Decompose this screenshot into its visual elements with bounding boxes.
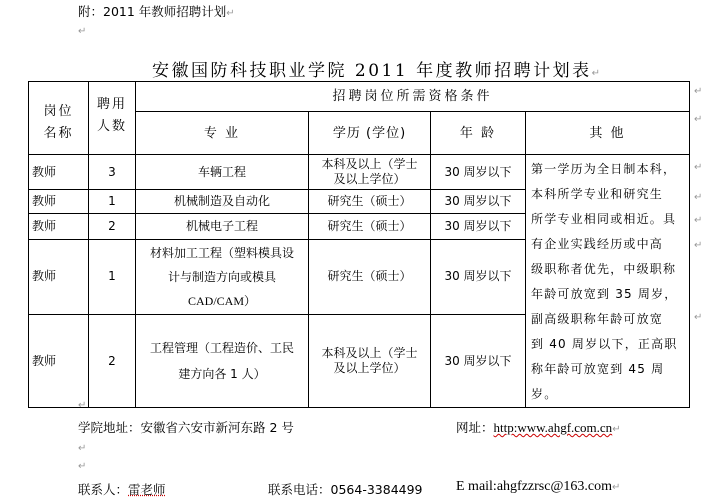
attachment-text: 附：2011 年教师招聘计划 xyxy=(78,4,226,19)
cell-count: 3 xyxy=(89,155,136,190)
paragraph-mark-icon: ↵ xyxy=(694,86,702,97)
paragraph-mark-icon: ↵ xyxy=(694,192,702,203)
other-line: 级职称者优先，中级职称 xyxy=(531,257,684,282)
paragraph-mark-icon: ↵ xyxy=(694,312,702,323)
cell-education: 研究生（硕士） xyxy=(309,190,431,214)
cell-major: 工程管理（工程造价、工民 建方向各 1 人） xyxy=(136,315,309,408)
major-line1: 材料加工工程（塑料模具设 xyxy=(139,241,305,265)
paragraph-mark-icon: ↵ xyxy=(694,162,702,173)
phone-label: 联系电话： xyxy=(268,482,331,497)
cell-position: 教师 xyxy=(29,239,89,314)
phone-value: 0564-3384499 xyxy=(331,482,423,497)
other-line: 到 40 周岁以下，正高职 xyxy=(531,332,684,357)
header-major: 专 业 xyxy=(136,112,309,155)
other-line: 所学专业相同或相近。具 xyxy=(531,207,684,232)
education-line2: 及以上学位） xyxy=(312,361,427,376)
address-line: 学院地址：安徽省六安市新河东路 2 号 xyxy=(78,418,294,436)
other-line: 有企业实践经历或中高 xyxy=(531,232,684,257)
website-line: 网址：http:www.ahgf.com.cn↵ xyxy=(456,418,621,436)
address-label: 学院地址： xyxy=(78,420,141,435)
other-line: 岁。 xyxy=(531,382,684,407)
header-other: 其 他 xyxy=(526,112,690,155)
other-line: 称年龄可放宽到 45 周 xyxy=(531,357,684,382)
cell-education: 研究生（硕士） xyxy=(309,239,431,314)
attachment-line: 附：2011 年教师招聘计划↵ xyxy=(78,2,235,20)
header-age: 年 龄 xyxy=(431,112,526,155)
cell-count: 2 xyxy=(89,315,136,408)
cell-count: 1 xyxy=(89,239,136,314)
paragraph-mark-icon: ↵ xyxy=(612,424,620,435)
header-count-line2: 人数 xyxy=(92,116,132,138)
page-title: 安徽国防科技职业学院 2011 年度教师招聘计划表↵ xyxy=(152,56,602,81)
major-line1: 工程管理（工程造价、工民 xyxy=(139,335,305,361)
recruitment-plan-table: 岗位 名称 聘用 人数 招聘岗位所需资格条件 专 业 学历 (学位) 年 龄 其… xyxy=(28,81,690,408)
other-line: 副高级职称年龄可放宽 xyxy=(531,307,684,332)
contact-value: 雷老师 xyxy=(128,482,166,497)
header-count: 聘用 人数 xyxy=(89,82,136,155)
cell-age: 30 周岁以下 xyxy=(431,190,526,214)
address-value: 安徽省六安市新河东路 2 号 xyxy=(141,420,294,435)
cell-other-requirements: 第一学历为全日制本科， 本科所学专业和研究生 所学专业相同或相近。具 有企业实践… xyxy=(526,155,690,408)
email-line: E mail:ahgfzzrsc@163.com↵ xyxy=(456,479,620,495)
cell-major: 机械电子工程 xyxy=(136,213,309,239)
paragraph-mark-icon: ↵ xyxy=(78,461,86,472)
header-education: 学历 (学位) xyxy=(309,112,431,155)
contact-label: 联系人： xyxy=(78,482,128,497)
cell-education: 本科及以上（学士 及以上学位） xyxy=(309,315,431,408)
cell-position: 教师 xyxy=(29,155,89,190)
header-position: 岗位 名称 xyxy=(29,82,89,155)
cell-major: 机械制造及自动化 xyxy=(136,190,309,214)
table-row: 教师 3 车辆工程 本科及以上（学士 及以上学位） 30 周岁以下 第一学历为全… xyxy=(29,155,690,190)
major-line2: 计与制造方向或模具 xyxy=(139,265,305,289)
header-position-line2: 名称 xyxy=(32,123,85,145)
contact-line: 联系人：雷老师 xyxy=(78,480,166,498)
paragraph-mark-icon: ↵ xyxy=(226,8,234,19)
paragraph-mark-icon: ↵ xyxy=(592,68,603,79)
cell-age: 30 周岁以下 xyxy=(431,315,526,408)
cell-major: 材料加工工程（塑料模具设 计与制造方向或模具 CAD/CAM） xyxy=(136,239,309,314)
paragraph-mark-icon: ↵ xyxy=(612,482,620,493)
education-line1: 本科及以上（学士 xyxy=(312,157,427,172)
email-link[interactable]: ahgfzzrsc@163.com xyxy=(497,479,612,494)
paragraph-mark-icon: ↵ xyxy=(78,400,86,411)
education-line2: 及以上学位） xyxy=(312,172,427,187)
cell-count: 2 xyxy=(89,213,136,239)
cell-education: 研究生（硕士） xyxy=(309,213,431,239)
cell-count: 1 xyxy=(89,190,136,214)
paragraph-mark-icon: ↵ xyxy=(694,215,702,226)
header-count-line1: 聘用 xyxy=(92,94,132,116)
other-line: 本科所学专业和研究生 xyxy=(531,182,684,207)
paragraph-mark-icon: ↵ xyxy=(694,114,702,125)
website-link[interactable]: http:www.ahgf.com.cn xyxy=(494,420,613,435)
cell-major: 车辆工程 xyxy=(136,155,309,190)
cell-position: 教师 xyxy=(29,213,89,239)
paragraph-mark-icon: ↵ xyxy=(78,26,86,37)
cell-education: 本科及以上（学士 及以上学位） xyxy=(309,155,431,190)
cell-age: 30 周岁以下 xyxy=(431,155,526,190)
website-label: 网址： xyxy=(456,420,494,435)
phone-line: 联系电话：0564-3384499 xyxy=(268,480,423,498)
cell-position: 教师 xyxy=(29,315,89,408)
cell-age: 30 周岁以下 xyxy=(431,239,526,314)
major-line2: 建方向各 1 人） xyxy=(139,361,305,387)
other-line: 第一学历为全日制本科， xyxy=(531,157,684,182)
header-row-1: 岗位 名称 聘用 人数 招聘岗位所需资格条件 xyxy=(29,82,690,112)
cell-age: 30 周岁以下 xyxy=(431,213,526,239)
title-text: 安徽国防科技职业学院 2011 年度教师招聘计划表 xyxy=(152,61,592,81)
other-line: 年龄可放宽到 35 周岁， xyxy=(531,282,684,307)
header-requirements-group: 招聘岗位所需资格条件 xyxy=(136,82,690,112)
paragraph-mark-icon: ↵ xyxy=(78,443,86,454)
paragraph-mark-icon: ↵ xyxy=(694,240,702,251)
education-line1: 本科及以上（学士 xyxy=(312,346,427,361)
major-line3: CAD/CAM） xyxy=(139,289,305,313)
email-label: E mail: xyxy=(456,479,497,494)
header-position-line1: 岗位 xyxy=(32,101,85,123)
cell-position: 教师 xyxy=(29,190,89,214)
